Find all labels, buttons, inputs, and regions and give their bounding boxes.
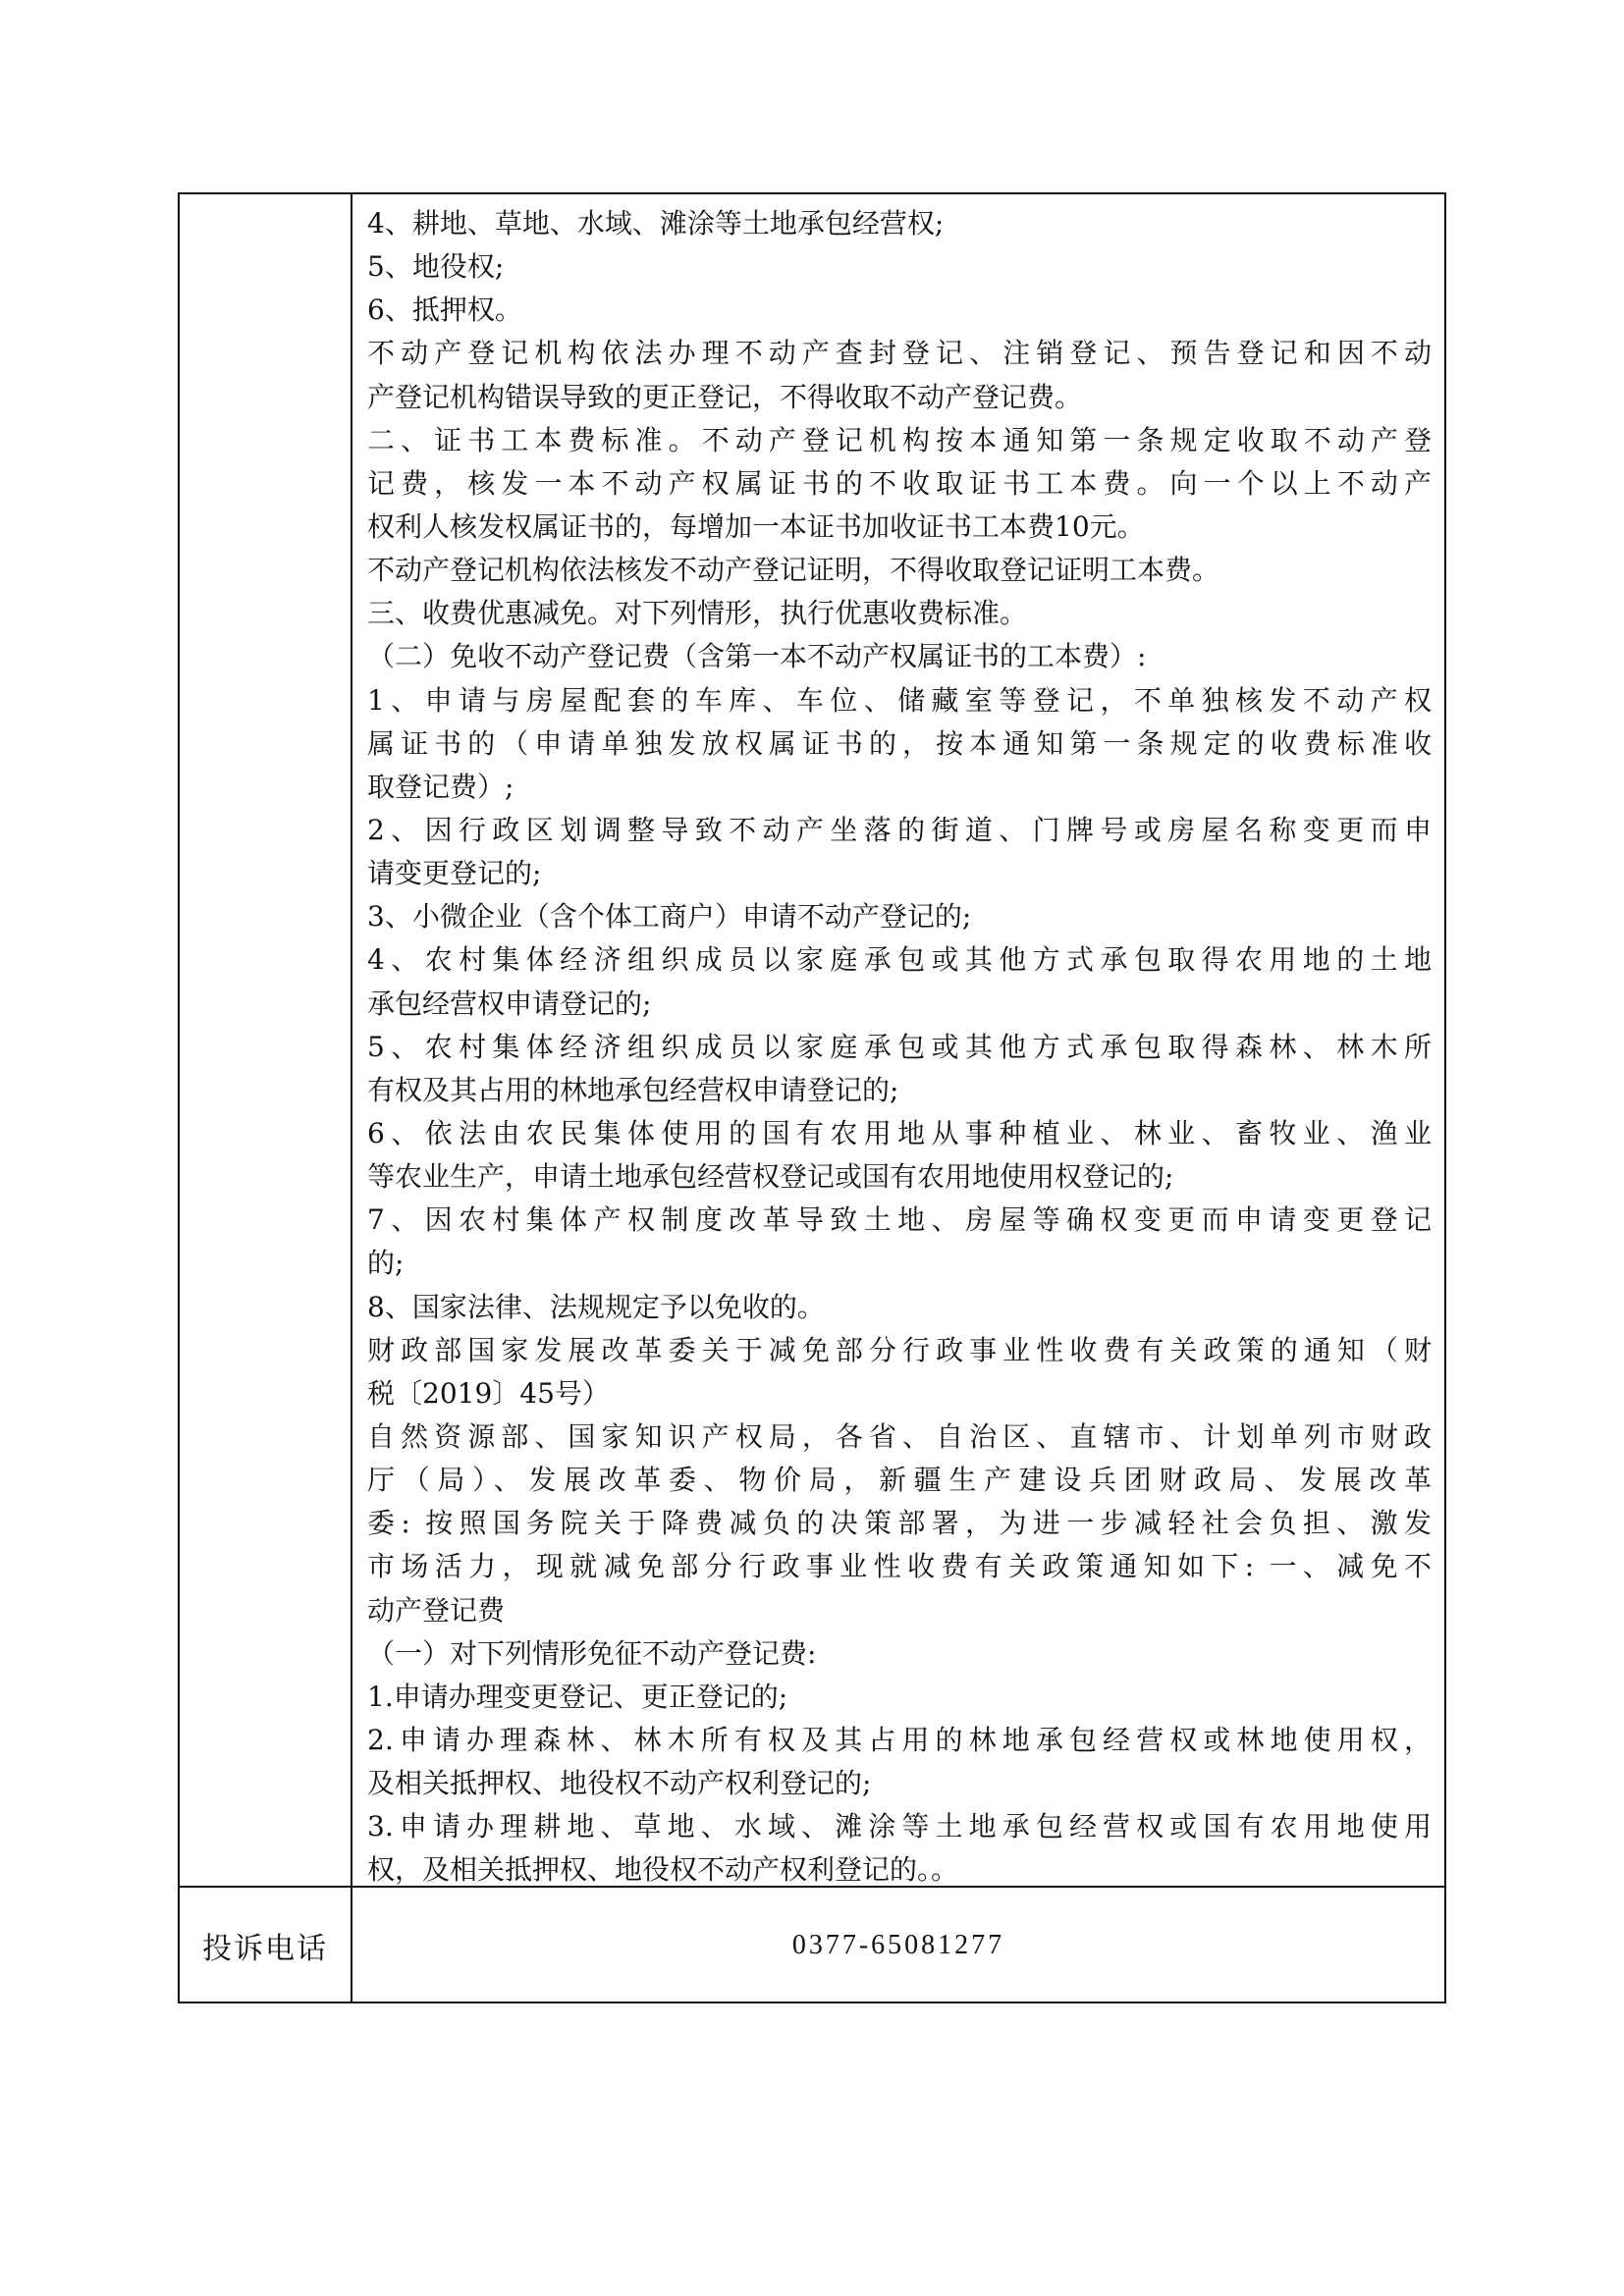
content-line: 6、抵押权。 (367, 289, 1432, 332)
content-line: （二）免收不动产登记费（含第一本不动产权属证书的工本费）: (367, 635, 1432, 678)
content-line: 产登记机构错误导致的更正登记，不得收取不动产登记费。 (367, 376, 1432, 419)
content-line: 二、证书工本费标准。不动产登记机构按本通知第一条规定收取不动产登 (367, 419, 1432, 462)
content-line: 承包经营权申请登记的; (367, 983, 1432, 1026)
content-line: 请变更登记的; (367, 852, 1432, 895)
content-line: 等农业生产，申请土地承包经营权登记或国有农用地使用权登记的; (367, 1155, 1432, 1199)
content-line: 有权及其占用的林地承包经营权申请登记的; (367, 1069, 1432, 1112)
content-line: 7、因农村集体产权制度改革导致土地、房屋等确权变更而申请变更登记 (367, 1199, 1432, 1242)
content-line: 及相关抵押权、地役权不动产权利登记的; (367, 1762, 1432, 1805)
content-line: 不动产登记机构依法办理不动产查封登记、注销登记、预告登记和因不动 (367, 332, 1432, 375)
content-line: 1.申请办理变更登记、更正登记的; (367, 1676, 1432, 1719)
content-line: 市场活力，现就减免部分行政事业性收费有关政策通知如下: 一、减免不 (367, 1545, 1432, 1588)
content-line: 权利人核发权属证书的，每增加一本证书加收证书工本费10元。 (367, 506, 1432, 549)
complaint-phone-label: 投诉电话 (180, 1888, 351, 2003)
content-line: 3.申请办理耕地、草地、水域、滩涂等土地承包经营权或国有农用地使用 (367, 1805, 1432, 1848)
content-line: 税〔2019〕45号） (367, 1372, 1432, 1415)
content-line: 1、申请与房屋配套的车库、车位、储藏室等登记，不单独核发不动产权 (367, 679, 1432, 722)
content-line: 财政部国家发展改革委关于减免部分行政事业性收费有关政策的通知（财 (367, 1329, 1432, 1372)
content-line: 2、因行政区划调整导致不动产坐落的街道、门牌号或房屋名称变更而申 (367, 809, 1432, 852)
content-line: 5、地役权; (367, 245, 1432, 289)
content-line: 三、收费优惠减免。对下列情形，执行优惠收费标准。 (367, 592, 1432, 635)
content-line: 4、农村集体经济组织成员以家庭承包或其他方式承包取得农用地的土地 (367, 938, 1432, 982)
policy-content-cell: 4、耕地、草地、水域、滩涂等土地承包经营权; 5、地役权; 6、抵押权。 不动产… (367, 202, 1432, 1892)
fee-info-table: 4、耕地、草地、水域、滩涂等土地承包经营权; 5、地役权; 6、抵押权。 不动产… (178, 192, 1446, 2003)
content-line: 委: 按照国务院关于降费减负的决策部署，为进一步减轻社会负担、激发 (367, 1502, 1432, 1545)
content-line: 6、依法由农民集体使用的国有农用地从事种植业、林业、畜牧业、渔业 (367, 1112, 1432, 1155)
content-line: （一）对下列情形免征不动产登记费: (367, 1632, 1432, 1676)
content-line: 的; (367, 1242, 1432, 1285)
content-line: 动产登记费 (367, 1589, 1432, 1632)
content-line: 3、小微企业（含个体工商户）申请不动产登记的; (367, 895, 1432, 938)
column-divider (351, 194, 352, 2002)
content-line: 属证书的（申请单独发放权属证书的，按本通知第一条规定的收费标准收 (367, 722, 1432, 766)
content-line: 取登记费）; (367, 766, 1432, 809)
content-line: 不动产登记机构依法核发不动产登记证明，不得收取登记证明工本费。 (367, 549, 1432, 592)
content-line: 8、国家法律、法规规定予以免收的。 (367, 1286, 1432, 1329)
content-line: 自然资源部、国家知识产权局，各省、自治区、直辖市、计划单列市财政 (367, 1415, 1432, 1459)
content-line: 4、耕地、草地、水域、滩涂等土地承包经营权; (367, 202, 1432, 245)
content-line: 权，及相关抵押权、地役权不动产权利登记的。。 (367, 1848, 1432, 1892)
content-line: 记费，核发一本不动产权属证书的不收取证书工本费。向一个以上不动产 (367, 462, 1432, 506)
complaint-phone-number: 0377-65081277 (352, 1888, 1444, 2003)
content-line: 厅（局）、发展改革委、物价局，新疆生产建设兵团财政局、发展改革 (367, 1459, 1432, 1502)
content-line: 5、农村集体经济组织成员以家庭承包或其他方式承包取得森林、林木所 (367, 1026, 1432, 1069)
content-line: 2.申请办理森林、林木所有权及其占用的林地承包经营权或林地使用权， (367, 1719, 1432, 1762)
